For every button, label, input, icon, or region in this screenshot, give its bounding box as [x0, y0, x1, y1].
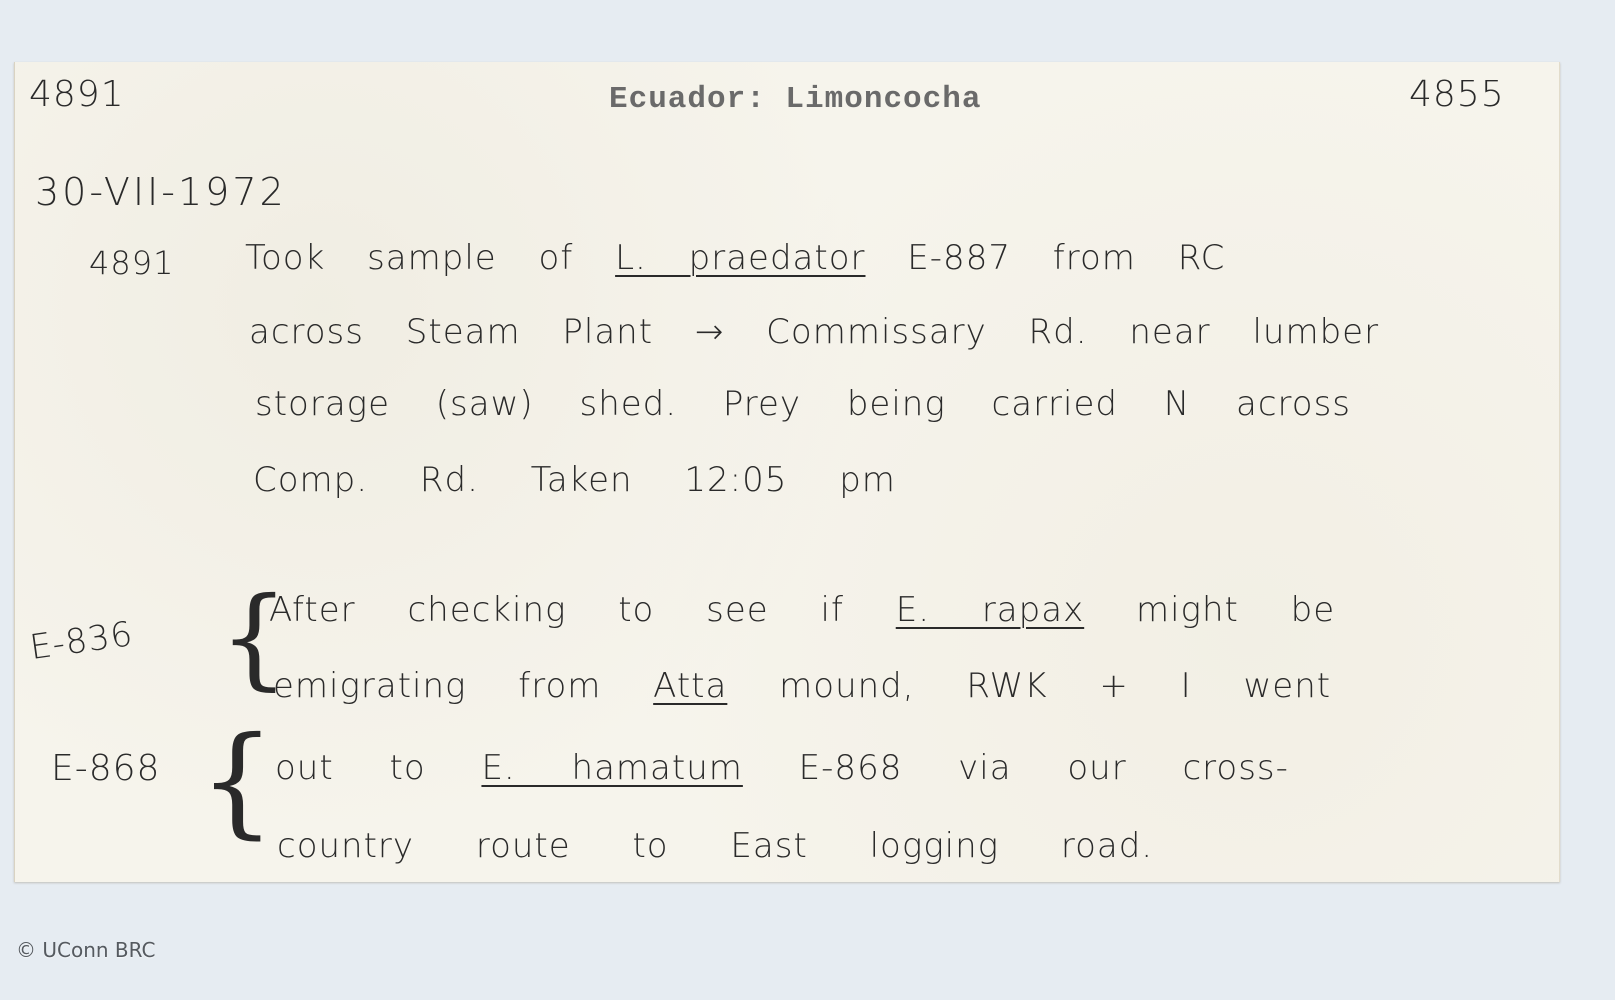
text-segment: out to — [275, 748, 481, 788]
species-name: L. praedator — [615, 238, 865, 278]
text-segment: might be — [1084, 590, 1335, 630]
text-segment: E-887 from RC — [866, 238, 1226, 278]
specimen-note-card: 4891 Ecuador: Limoncocha 4855 30-VII-197… — [14, 62, 1560, 882]
entry-3-brace: { — [199, 722, 275, 842]
text-segment: mound, RWK + I went — [727, 666, 1331, 706]
text-segment: After checking to see if — [269, 590, 896, 630]
entry-1-margin-label: 4891 — [89, 244, 174, 282]
entry-2-line-2: emigrating from Atta mound, RWK + I went — [273, 666, 1331, 706]
entry-3-margin-label: E-868 — [51, 748, 160, 789]
copyright-credit: © UConn BRC — [16, 938, 156, 962]
entry-2-margin-label: E-836 — [27, 614, 135, 668]
catalog-number-right: 4855 — [1409, 74, 1505, 115]
entry-1-line-4: Comp. Rd. Taken 12:05 pm — [253, 460, 896, 500]
entry-1-line-3: storage (saw) shed. Prey being carried N… — [255, 384, 1351, 424]
entry-2-line-1: After checking to see if E. rapax might … — [269, 590, 1335, 630]
entry-1-line-2: across Steam Plant → Commissary Rd. near… — [249, 312, 1379, 352]
collection-date: 30-VII-1972 — [35, 170, 287, 214]
entry-1-line-1: Took sample of L. praedator E-887 from R… — [245, 238, 1225, 278]
species-name: E. hamatum — [481, 748, 742, 788]
text-segment: emigrating from — [273, 666, 653, 706]
text-segment: Took sample of — [245, 238, 615, 278]
entry-3-line-1: out to E. hamatum E-868 via our cross- — [275, 748, 1289, 788]
species-name: E. rapax — [896, 590, 1084, 630]
text-segment: E-868 via our cross- — [743, 748, 1289, 788]
genus-name: Atta — [653, 666, 727, 706]
entry-3-line-2: country route to East logging road. — [277, 826, 1153, 866]
typed-location-header: Ecuador: Limoncocha — [609, 82, 981, 117]
catalog-number-left: 4891 — [29, 74, 125, 115]
